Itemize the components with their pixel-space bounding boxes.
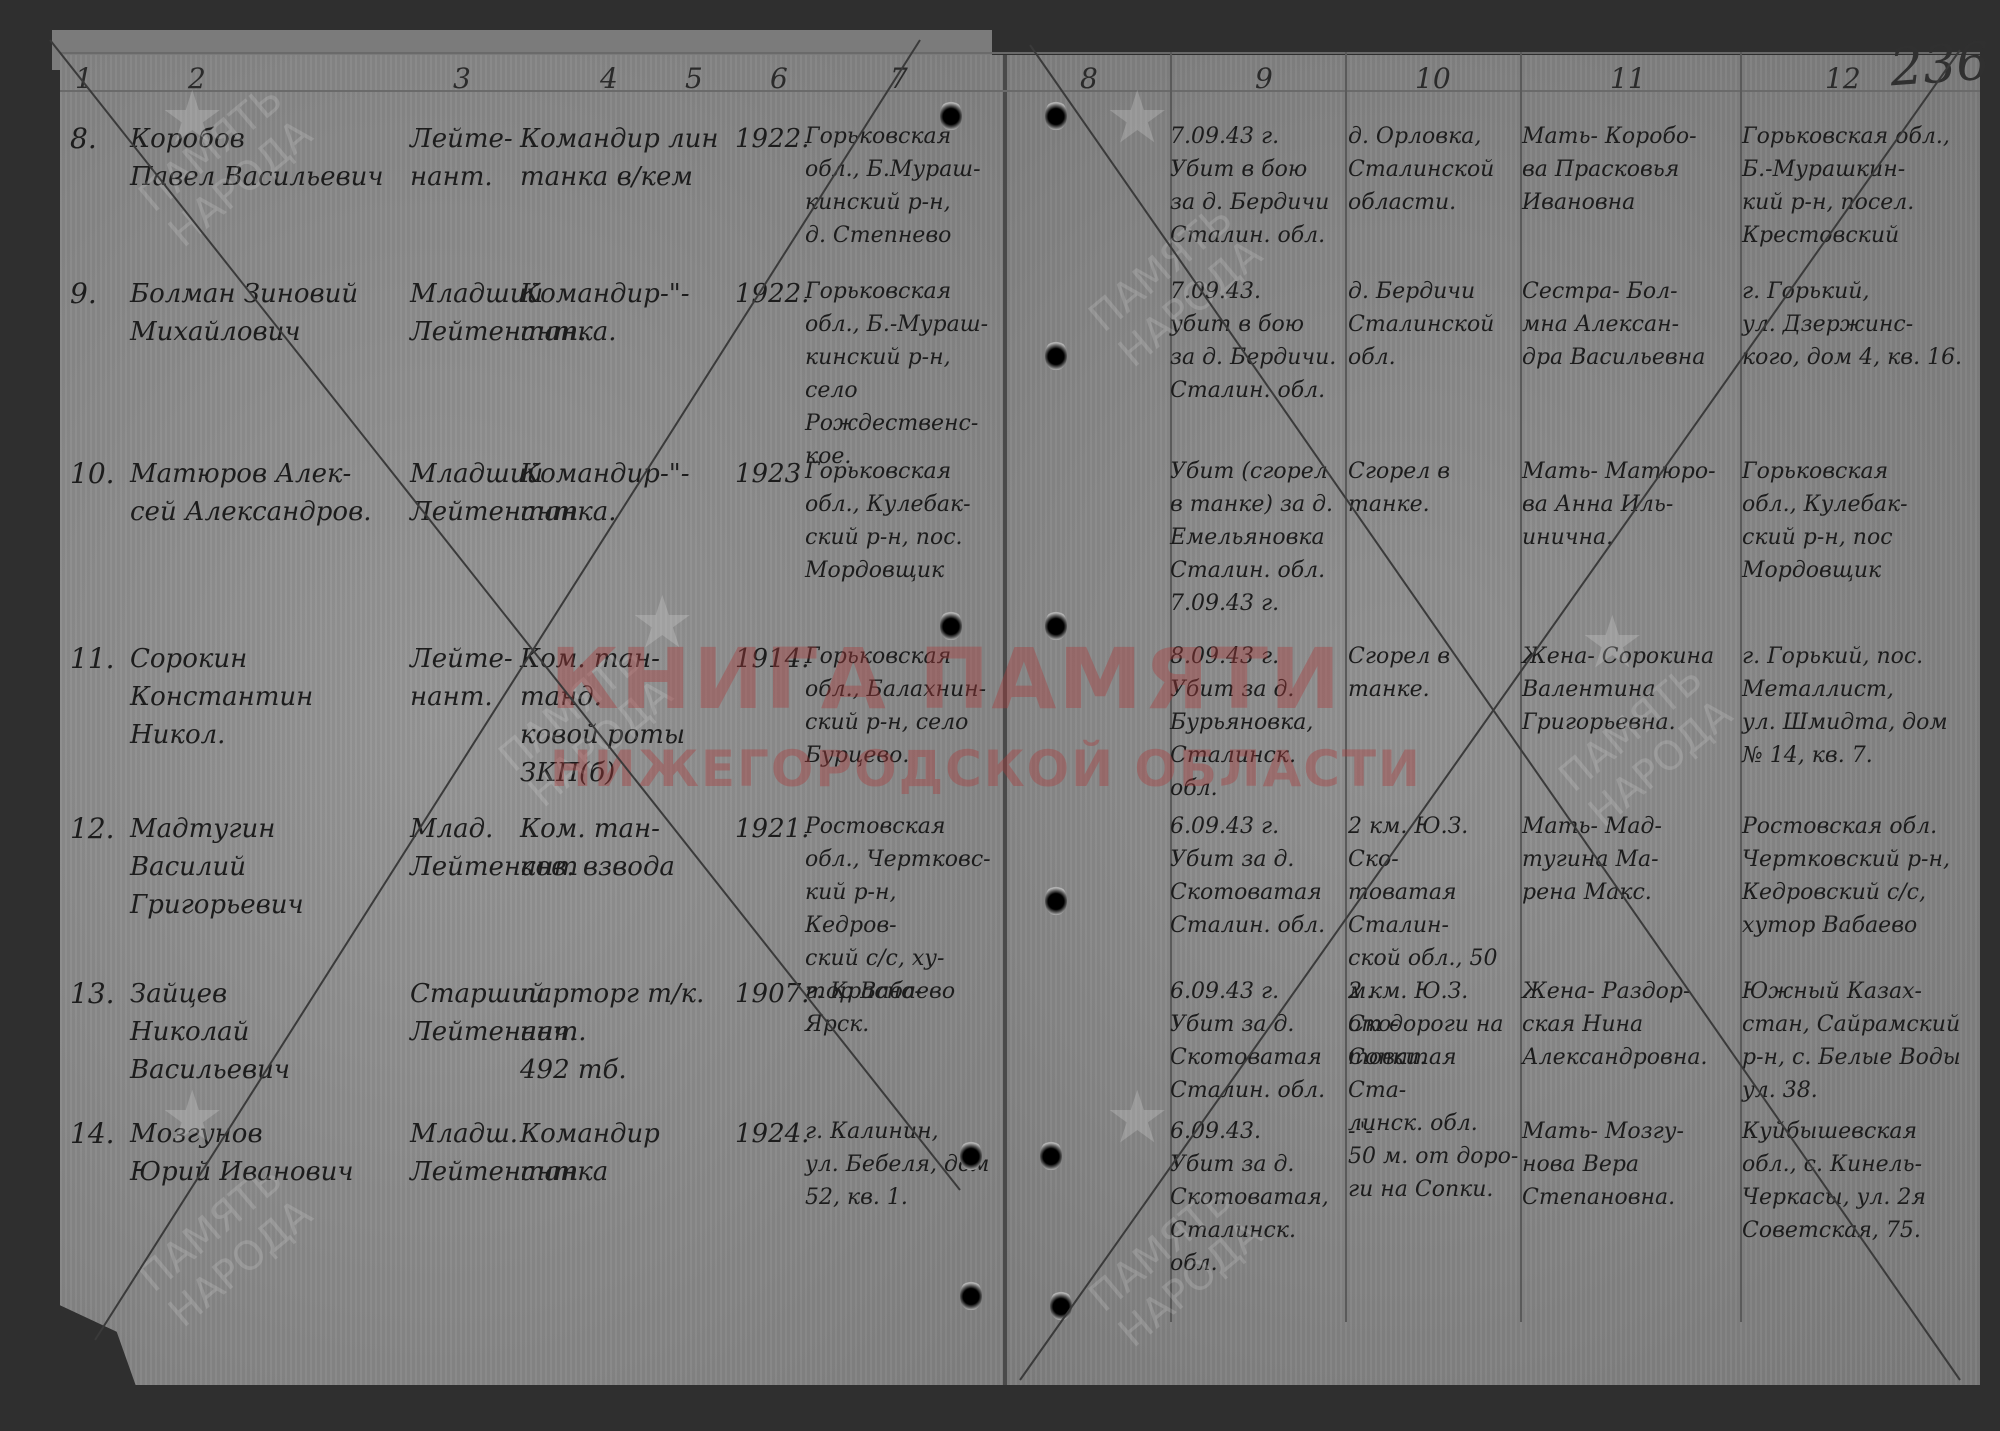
cell-birthplace: Горьковская обл., Кулебак- ский р-н, пос…	[805, 455, 995, 587]
punch-hole	[960, 1140, 982, 1170]
cell-relative: Мать- Матюро- ва Анна Иль- инична.	[1522, 455, 1740, 554]
cell-num: 14.	[70, 1115, 130, 1153]
watermark-star-icon: ★	[1580, 600, 1645, 684]
cell-year: 1924.	[735, 1115, 805, 1153]
cell-death: Убит (сгорел в танке) за д. Емельяновка …	[1170, 455, 1345, 620]
punch-hole	[960, 1280, 982, 1310]
cell-relative: Сестра- Бол- мна Алексан- дра Васильевна	[1522, 275, 1740, 374]
page-number: 236	[1888, 32, 1991, 99]
cell-position: Командир танка	[520, 1115, 730, 1191]
cell-rank: Лейте- нант.	[410, 120, 520, 196]
cell-rank: Старший Лейтенант.	[410, 975, 520, 1051]
column-number: 7	[890, 62, 908, 95]
cell-position: Командир лин танка в/кем	[520, 120, 730, 196]
cell-burial: 2 км. Ю.З. Ско- товатая Ста- линск. обл.…	[1348, 975, 1520, 1206]
cell-death: 6.09.43 г. Убит за д. Скотоватая Сталин.…	[1170, 810, 1345, 942]
punch-hole	[1040, 1140, 1062, 1170]
cell-burial: -"-	[1348, 1115, 1520, 1148]
watermark-star-icon: ★	[160, 75, 225, 159]
punch-hole	[1045, 100, 1067, 130]
cell-address: Куйбышевская обл., с. Кинель- Черкасы, у…	[1742, 1115, 1972, 1247]
cell-year: 1922.	[735, 275, 805, 313]
cell-name: Зайцев Николай Васильевич	[130, 975, 410, 1089]
cell-address: Горьковская обл., Б.-Мурашкин- кий р-н, …	[1742, 120, 1972, 252]
cell-rank: Лейте- нант.	[410, 640, 520, 716]
header-rule-top	[60, 52, 1980, 54]
cell-position: Ком. тан- ков. взвода	[520, 810, 730, 886]
cell-address: Южный Казах- стан, Сайрамский р-н, с. Бе…	[1742, 975, 1972, 1107]
cell-num: 12.	[70, 810, 130, 848]
cell-birthplace: Горьковская обл., Б.Мураш- кинский р-н, …	[805, 120, 995, 252]
punch-hole	[1050, 1290, 1072, 1320]
cell-name: Матюров Алек- сей Александров.	[130, 455, 410, 531]
column-divider	[1345, 52, 1347, 1322]
cell-rank: Младший Лейтенант.	[410, 275, 520, 351]
cell-name: Болман Зиновий Михайлович	[130, 275, 410, 351]
cell-relative: Мать- Мозгу- нова Вера Степановна.	[1522, 1115, 1740, 1214]
cell-year: 1922.	[735, 120, 805, 158]
cell-relative: Мать- Коробо- ва Прасковья Ивановна	[1522, 120, 1740, 219]
cell-num: 9.	[70, 275, 130, 313]
cell-birthplace: Горьковская обл., Б.-Мураш- кинский р-н,…	[805, 275, 995, 473]
cell-year: 1921.	[735, 810, 805, 848]
cell-relative: Жена- Раздор- ская Нина Александровна.	[1522, 975, 1740, 1074]
cell-num: 13.	[70, 975, 130, 1013]
cell-burial: Сгорел в танке.	[1348, 640, 1520, 706]
cell-year: 1923	[735, 455, 805, 493]
cell-burial: Сгорел в танке.	[1348, 455, 1520, 521]
column-number: 4	[600, 62, 618, 95]
column-number: 9	[1255, 62, 1273, 95]
watermark-kniga-pamyati: КНИГА ПАМЯТИ	[550, 630, 1342, 728]
column-number: 12	[1825, 62, 1861, 95]
cell-name: Мадтугин Василий Григорьевич	[130, 810, 410, 924]
cell-relative: Мать- Мад- тугина Ма- рена Макс.	[1522, 810, 1740, 909]
punch-hole	[940, 100, 962, 130]
column-number: 8	[1080, 62, 1098, 95]
cell-num: 10.	[70, 455, 130, 493]
cell-burial: д. Орловка, Сталинской области.	[1348, 120, 1520, 219]
watermark-star-icon: ★	[1105, 75, 1170, 159]
cell-year: 1907.	[735, 975, 805, 1013]
column-number: 5	[685, 62, 703, 95]
column-number: 3	[453, 62, 471, 95]
cell-address: г. Горький, пос. Металлист, ул. Шмидта, …	[1742, 640, 1972, 772]
cell-rank: Млад. Лейтенант	[410, 810, 520, 886]
cell-address: Ростовская обл. Чертковский р-н, Кедровс…	[1742, 810, 1972, 942]
watermark-star-icon: ★	[160, 1075, 225, 1159]
punch-hole	[1045, 885, 1067, 915]
cell-name: Сорокин Константин Никол.	[130, 640, 410, 754]
watermark-star-icon: ★	[1105, 1075, 1170, 1159]
punch-hole	[1045, 340, 1067, 370]
column-number: 6	[770, 62, 788, 95]
cell-num: 11.	[70, 640, 130, 678]
cell-rank: Младш. Лейтенант	[410, 1115, 520, 1191]
cell-birthplace: г. Красно- Ярск.	[805, 975, 995, 1041]
cell-position: парторг т/к. нач. 492 тб.	[520, 975, 730, 1089]
cell-death: 6.09.43 г. Убит за д. Скотоватая Сталин.…	[1170, 975, 1345, 1107]
cell-burial: д. Бердичи Сталинской обл.	[1348, 275, 1520, 374]
cell-num: 8.	[70, 120, 130, 158]
column-number: 1	[75, 62, 93, 95]
column-number: 11	[1610, 62, 1646, 95]
cell-address: г. Горький, ул. Дзержинс- кого, дом 4, к…	[1742, 275, 1972, 374]
header-rule-bottom	[60, 90, 1980, 92]
cell-address: Горьковская обл., Кулебак- ский р-н, пос…	[1742, 455, 1972, 587]
column-number: 10	[1415, 62, 1451, 95]
watermark-region: НИЖЕГОРОДСКОЙ ОБЛАСТИ	[550, 740, 1422, 798]
cell-rank: Младший Лейтенант	[410, 455, 520, 531]
